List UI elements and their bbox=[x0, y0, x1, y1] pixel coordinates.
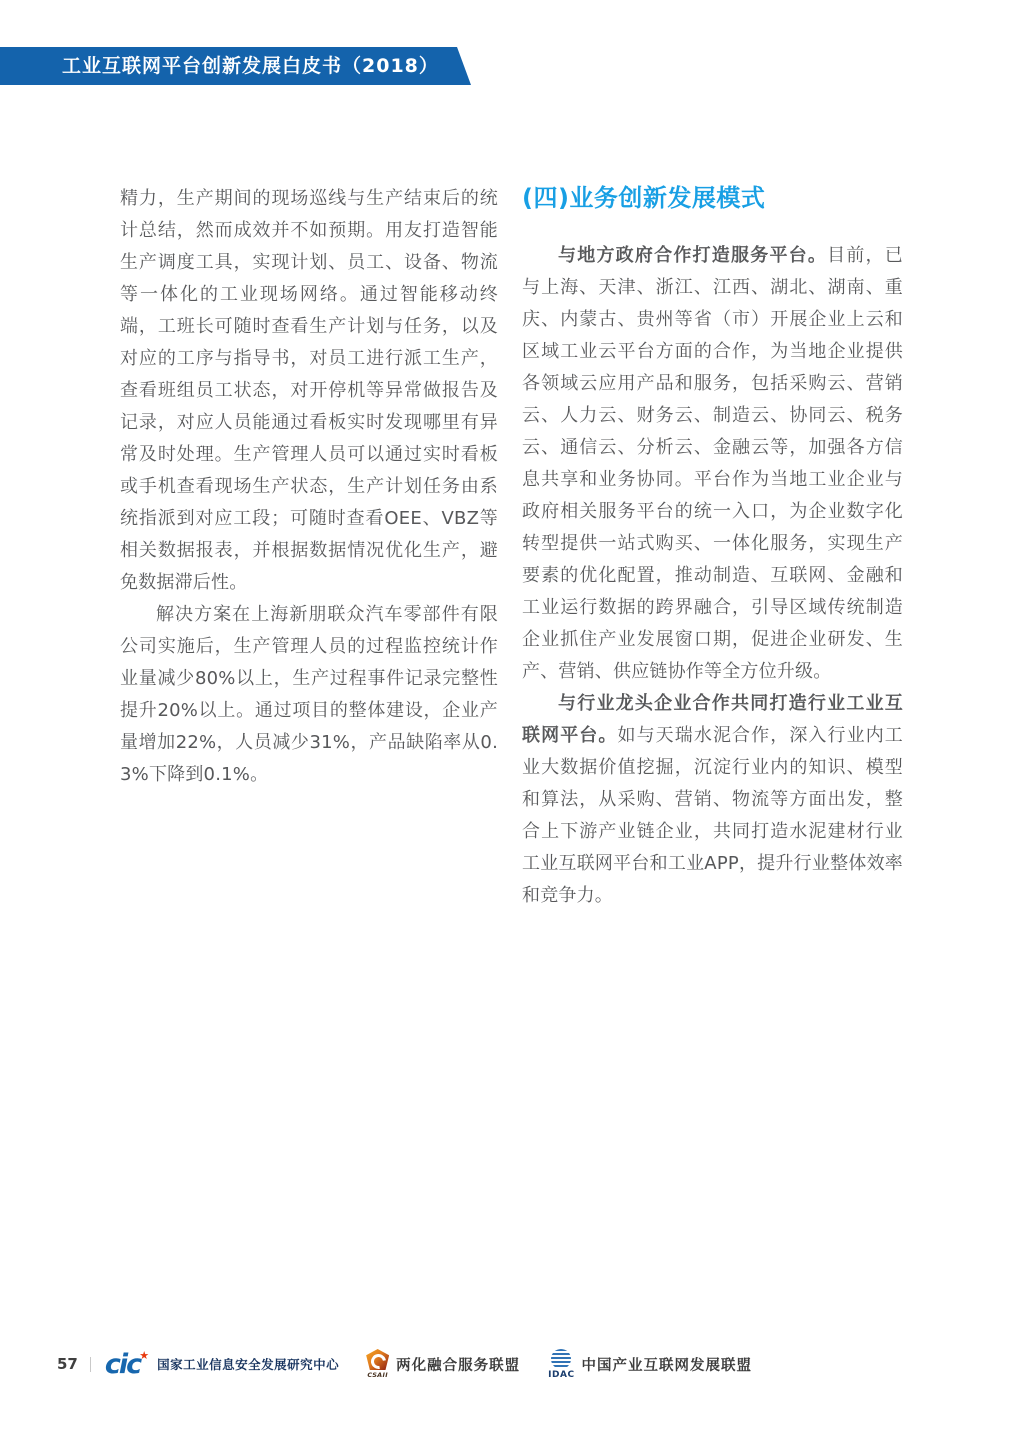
page-number: 57 bbox=[57, 1355, 78, 1373]
cic-logo: cic★ bbox=[105, 1351, 146, 1378]
idac-label: IDAC bbox=[548, 1370, 574, 1380]
footer-divider bbox=[90, 1357, 91, 1372]
paragraph-1-bold-lead: 与地方政府合作打造服务平台。 bbox=[558, 245, 827, 266]
right-column: (四)业务创新发展模式 与地方政府合作打造服务平台。目前，已与上海、天津、浙江、… bbox=[522, 183, 903, 912]
csaii-label: CSAII bbox=[367, 1371, 388, 1379]
header-banner: 工业互联网平台创新发展白皮书（2018） bbox=[0, 47, 471, 85]
left-paragraph-2: 解决方案在上海新朋联众汽车零部件有限公司实施后，生产管理人员的过程监控统计作业量… bbox=[120, 599, 498, 791]
section-heading: (四)业务创新发展模式 bbox=[522, 183, 903, 213]
csaii-logo-block: CSAII bbox=[366, 1349, 389, 1379]
idac-logo-block: IDAC bbox=[548, 1349, 574, 1380]
whitepaper-page: 工业互联网平台创新发展白皮书（2018） 精力，生产期间的现场巡线与生产结束后的… bbox=[0, 0, 1019, 1440]
left-column: 精力，生产期间的现场巡线与生产结束后的统计总结，然而成效并不如预期。用友打造智能… bbox=[120, 183, 498, 791]
paragraph-1-body: 目前，已与上海、天津、浙江、江西、湖北、湖南、重庆、内蒙古、贵州等省（市）开展企… bbox=[522, 245, 903, 682]
cic-logo-text: cic bbox=[105, 1349, 140, 1380]
idac-globe-icon bbox=[551, 1349, 571, 1369]
right-paragraph-2: 与行业龙头企业合作共同打造行业工业互联网平台。如与天瑞水泥合作，深入行业内工业大… bbox=[522, 688, 903, 912]
org2-name: 两化融合服务联盟 bbox=[396, 1354, 520, 1375]
cic-star-icon: ★ bbox=[139, 1350, 149, 1361]
csaii-diamond-icon bbox=[366, 1349, 389, 1370]
org1-name: 国家工业信息安全发展研究中心 bbox=[157, 1355, 339, 1373]
paragraph-2-body: 如与天瑞水泥合作，深入行业内工业大数据价值挖掘，沉淀行业内的知识、模型和算法，从… bbox=[522, 725, 903, 906]
org3-name: 中国产业互联网发展联盟 bbox=[582, 1354, 753, 1375]
page-footer: 57 cic★ 国家工业信息安全发展研究中心 CSAII 两化融合服务联盟 ID… bbox=[57, 1341, 752, 1387]
left-paragraph-1: 精力，生产期间的现场巡线与生产结束后的统计总结，然而成效并不如预期。用友打造智能… bbox=[120, 183, 498, 599]
right-paragraph-1: 与地方政府合作打造服务平台。目前，已与上海、天津、浙江、江西、湖北、湖南、重庆、… bbox=[522, 240, 903, 688]
banner-title: 工业互联网平台创新发展白皮书（2018） bbox=[62, 55, 439, 77]
